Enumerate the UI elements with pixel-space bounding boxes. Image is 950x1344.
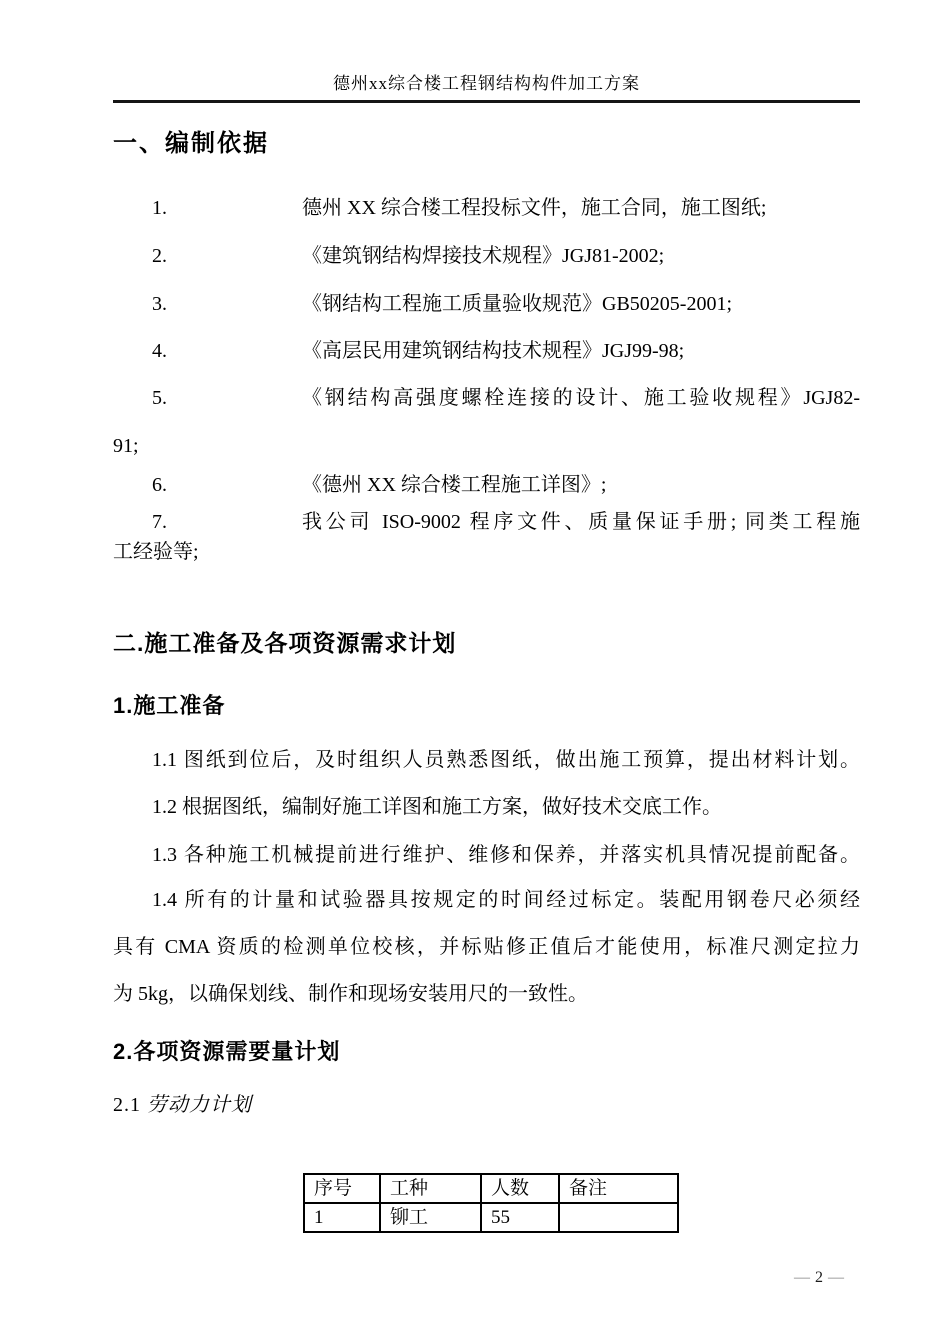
paragraph-1-3: 1.3 各种施工机械提前进行维护、维修和保养，并落实机具情况提前配备。 (113, 840, 860, 870)
basis-item-number: 2. (152, 241, 302, 271)
basis-item-text: 《钢结构工程施工质量验收规范》GB50205-2001; (302, 293, 732, 315)
labor-table-header-count: 人数 (481, 1174, 559, 1203)
heading-construction-prep: 1.施工准备 (113, 691, 860, 721)
basis-item-number: 3. (152, 289, 302, 319)
paragraph-1-4-line1: 1.4 所有的计量和试验器具按规定的时间经过标定。装配用钢卷尺必须经 (113, 885, 860, 915)
labor-table: 序号 工种 人数 备注 1 铆工 55 (303, 1173, 679, 1233)
basis-item-7-continuation: 工经验等; (113, 537, 860, 567)
basis-item-text: 《高层民用建筑钢结构技术规程》JGJ99-98; (302, 340, 684, 362)
labor-table-header-serial: 序号 (304, 1174, 380, 1203)
basis-item-number: 4. (152, 336, 302, 366)
labor-table-header-remark: 备注 (559, 1174, 678, 1203)
header-rule (113, 100, 860, 103)
footer-left-dash: — (794, 1269, 810, 1286)
basis-item-2: 2.《建筑钢结构焊接技术规程》JGJ81-2002; (113, 241, 860, 271)
basis-item-text: 德州 XX 综合楼工程投标文件，施工合同，施工图纸; (302, 197, 766, 219)
labor-plan-number: 2.1 (113, 1094, 141, 1116)
document-page: 德州xx综合楼工程钢结构构件加工方案 一、编制依据 1.德州 XX 综合楼工程投… (0, 0, 950, 1344)
paragraph-1-4-line2: 具有 CMA 资质的检测单位校核，并标贴修正值后才能使用，标准尺测定拉力 (113, 932, 860, 962)
labor-table-row: 1 铆工 55 (304, 1203, 678, 1232)
basis-item-text: 《建筑钢结构焊接技术规程》JGJ81-2002; (302, 245, 664, 267)
heading-resource-plan: 2.各项资源需要量计划 (113, 1037, 860, 1067)
labor-table-cell-remark (559, 1203, 678, 1232)
basis-item-5-continuation: 91; (113, 431, 860, 461)
labor-table-cell-serial: 1 (304, 1203, 380, 1232)
basis-item-7: 7.我公司 ISO-9002 程序文件、质量保证手册; 同类工程施 (113, 507, 860, 537)
basis-item-text: 《德州 XX 综合楼工程施工详图》; (302, 474, 606, 496)
heading-basis: 一、编制依据 (113, 128, 860, 160)
labor-table-header-row: 序号 工种 人数 备注 (304, 1174, 678, 1203)
paragraph-1-4-line3: 为 5kg，以确保划线、制作和现场安装用尺的一致性。 (113, 979, 860, 1009)
heading-preparation-and-resources: 二.施工准备及各项资源需求计划 (113, 627, 860, 659)
paragraph-1-1: 1.1 图纸到位后，及时组织人员熟悉图纸，做出施工预算，提出材料计划。 (113, 745, 860, 775)
footer-right-dash: — (828, 1269, 844, 1286)
basis-item-6: 6.《德州 XX 综合楼工程施工详图》; (113, 470, 860, 500)
header-title: 德州xx综合楼工程钢结构构件加工方案 (113, 74, 860, 94)
page-footer: —2— (113, 1269, 860, 1287)
labor-table-header-trade: 工种 (380, 1174, 481, 1203)
labor-plan-label: 劳动力计划 (147, 1094, 252, 1116)
basis-item-number: 7. (152, 507, 302, 537)
basis-item-3: 3.《钢结构工程施工质量验收规范》GB50205-2001; (113, 289, 860, 319)
page-number: 2 (810, 1269, 828, 1286)
heading-labor-plan: 2.1 劳动力计划 (113, 1090, 860, 1120)
basis-item-text: 我公司 ISO-9002 程序文件、质量保证手册; 同类工程施 (302, 507, 860, 537)
basis-item-number: 6. (152, 470, 302, 500)
basis-item-1: 1.德州 XX 综合楼工程投标文件，施工合同，施工图纸; (113, 193, 860, 223)
basis-item-5: 5.《钢结构高强度螺栓连接的设计、施工验收规程》JGJ82- (113, 383, 860, 413)
basis-item-text: 《钢结构高强度螺栓连接的设计、施工验收规程》JGJ82- (302, 383, 860, 413)
basis-item-number: 5. (152, 383, 302, 413)
labor-table-cell-count: 55 (481, 1203, 559, 1232)
labor-table-cell-trade: 铆工 (380, 1203, 481, 1232)
basis-item-4: 4.《高层民用建筑钢结构技术规程》JGJ99-98; (113, 336, 860, 366)
paragraph-1-2: 1.2 根据图纸，编制好施工详图和施工方案，做好技术交底工作。 (113, 792, 860, 822)
basis-item-number: 1. (152, 193, 302, 223)
